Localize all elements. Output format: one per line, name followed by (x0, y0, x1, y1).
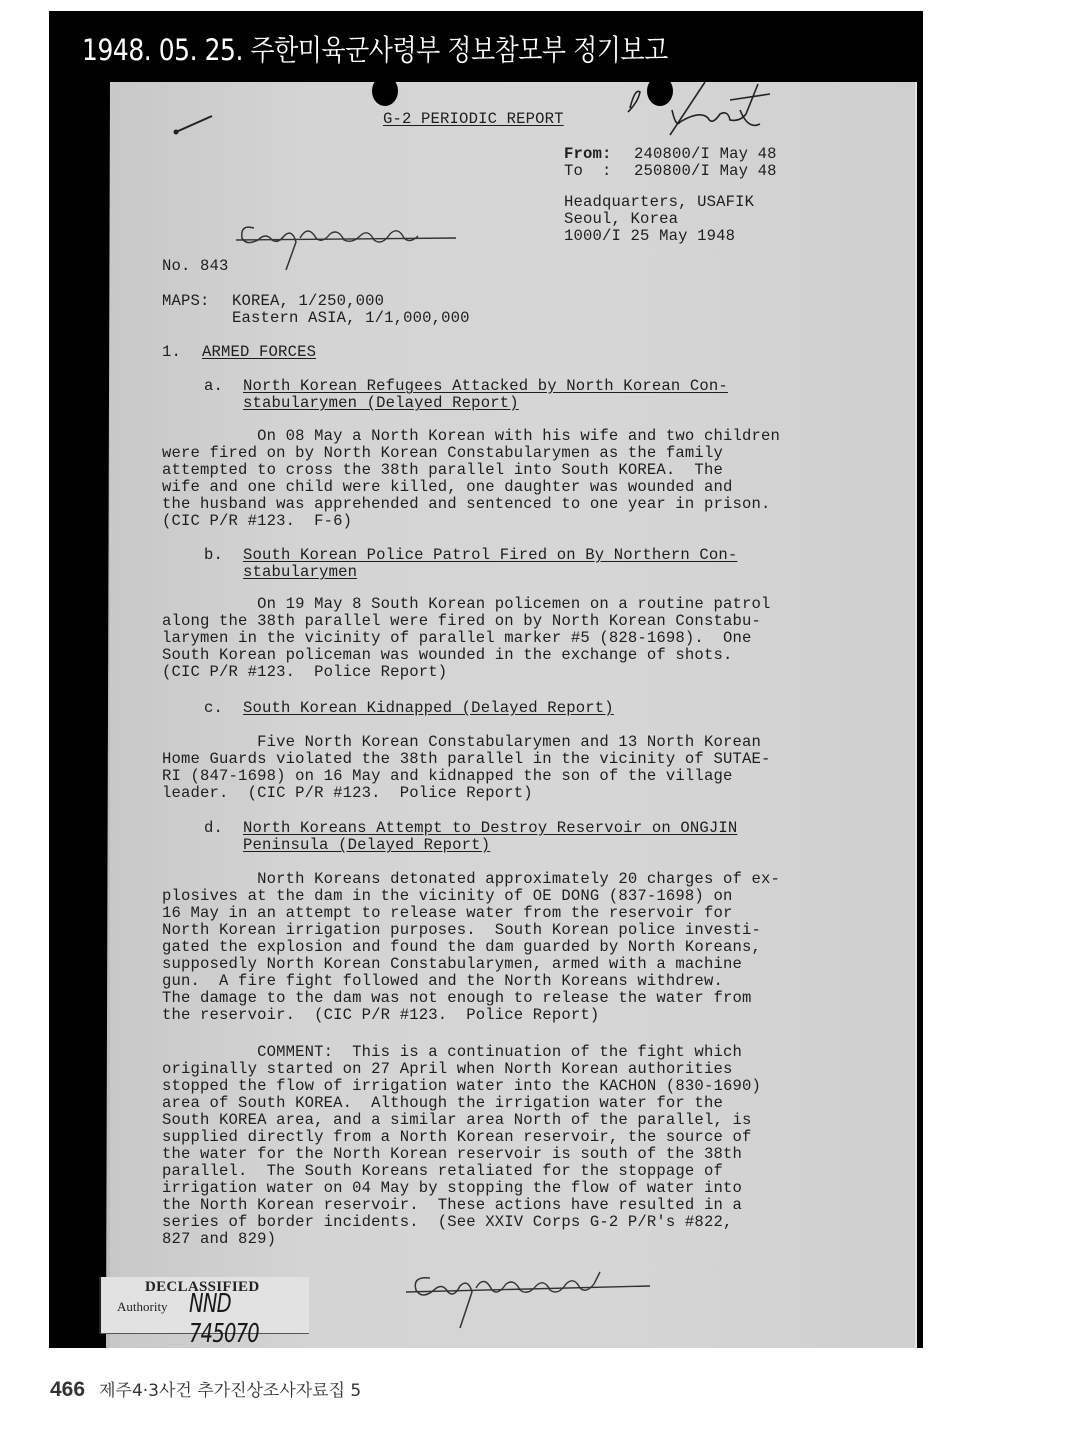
page-footer: 466 제주4·3사건 추가진상조사자료집 5 (50, 1376, 361, 1402)
item-b-title-line-1: South Korean Police Patrol Fired on By N… (243, 547, 737, 564)
item-d-letter: d. (204, 820, 223, 837)
scanned-document: G-2 PERIODIC REPORT From: 240800/I May 4… (110, 82, 917, 1348)
item-b-body: On 19 May 8 South Korean policemen on a … (162, 596, 771, 681)
handwritten-confidential-bottom (400, 1262, 660, 1332)
page-heading: 1948. 05. 25. 주한미육군사령부 정보참모부 정기보고 (82, 28, 668, 69)
pen-mark-icon (172, 110, 222, 140)
maps-line-2: Eastern ASIA, 1/1,000,000 (232, 310, 470, 327)
from-label: From: (564, 146, 612, 163)
hq-line-2: Seoul, Korea (564, 211, 678, 228)
to-label: To : (564, 163, 612, 180)
report-title: G-2 PERIODIC REPORT (383, 111, 564, 128)
stamp-authority-label: Authority (117, 1299, 168, 1315)
item-a-letter: a. (204, 378, 223, 395)
report-number: No. 843 (162, 258, 229, 275)
item-c-body: Five North Korean Constabularymen and 13… (162, 734, 771, 802)
page-number: 466 (50, 1378, 85, 1401)
maps-label: MAPS: (162, 293, 210, 310)
section-title: ARMED FORCES (202, 344, 316, 361)
item-c-title-line-1: South Korean Kidnapped (Delayed Report) (243, 700, 614, 717)
hq-line-3: 1000/I 25 May 1948 (564, 228, 735, 245)
to-value: 250800/I May 48 (634, 163, 777, 180)
item-b-letter: b. (204, 547, 223, 564)
stamp-authority-value: NND 745070 (189, 1289, 279, 1349)
item-a-title-line-2: stabularymen (Delayed Report) (243, 395, 519, 412)
handwritten-confidential-top (226, 214, 466, 274)
maps-line-1: KOREA, 1/250,000 (232, 293, 384, 310)
item-d-title-line-1: North Koreans Attempt to Destroy Reservo… (243, 820, 737, 837)
item-d-body: North Koreans detonated approximately 20… (162, 871, 780, 1024)
handwritten-hist-annotation (590, 80, 770, 140)
book-title: 제주4·3사건 추가진상조사자료집 5 (99, 1381, 361, 1401)
item-c-letter: c. (204, 700, 223, 717)
declassified-stamp: DECLASSIFIED Authority NND 745070 (99, 1277, 309, 1334)
item-d-comment: COMMENT: This is a continuation of the f… (162, 1044, 761, 1248)
hq-line-1: Headquarters, USAFIK (564, 194, 754, 211)
section-number: 1. (162, 344, 181, 361)
item-d-title-line-2: Peninsula (Delayed Report) (243, 837, 490, 854)
item-b-title-line-2: stabularymen (243, 564, 357, 581)
item-a-title-line-1: North Korean Refugees Attacked by North … (243, 378, 728, 395)
from-value: 240800/I May 48 (634, 146, 777, 163)
item-a-body: On 08 May a North Korean with his wife a… (162, 428, 780, 530)
